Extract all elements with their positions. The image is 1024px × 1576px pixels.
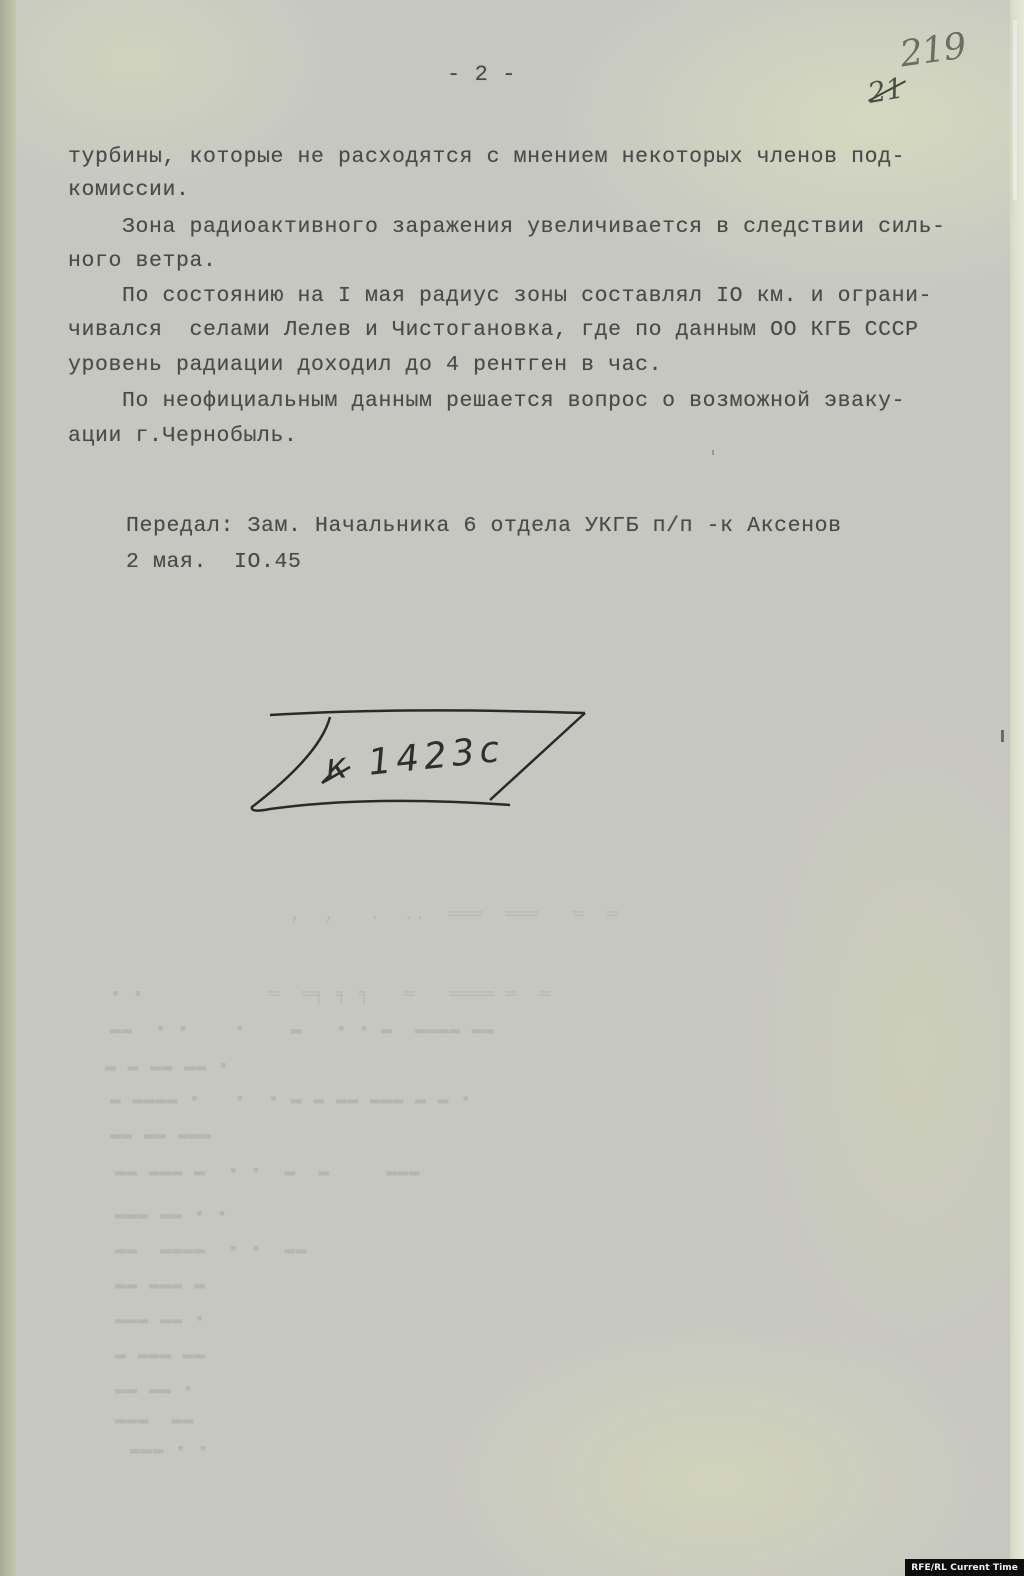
watermark-badge: RFE/RL Current Time [905,1559,1024,1576]
body-line: По неофициальным данным решается вопрос … [68,391,905,413]
page-left-edge [0,0,16,1576]
paper-speck [712,450,714,455]
body-line: ного ветра. [68,251,217,273]
page-number: - 2 - [447,64,516,86]
body-line: уровень радиации доходил до 4 рентген в … [68,355,662,377]
body-line: турбины, которые не расходятся с мнением… [68,147,905,169]
body-line: Зона радиоактивного заражения увеличивае… [68,217,946,239]
body-line: чивался селами Лелев и Чистогановка, где… [68,320,919,342]
sender-line: Передал: Зам. Начальника 6 отдела УКГБ п… [126,516,842,538]
body-line: ации г.Чернобыль. [68,426,298,448]
date-time-line: 2 мая. IO.45 [126,552,302,574]
page-right-edge [1010,0,1024,1576]
margin-mark [1001,730,1004,742]
body-line: комиссии. [68,180,190,202]
body-line: По состоянию на I мая радиус зоны состав… [68,286,932,308]
